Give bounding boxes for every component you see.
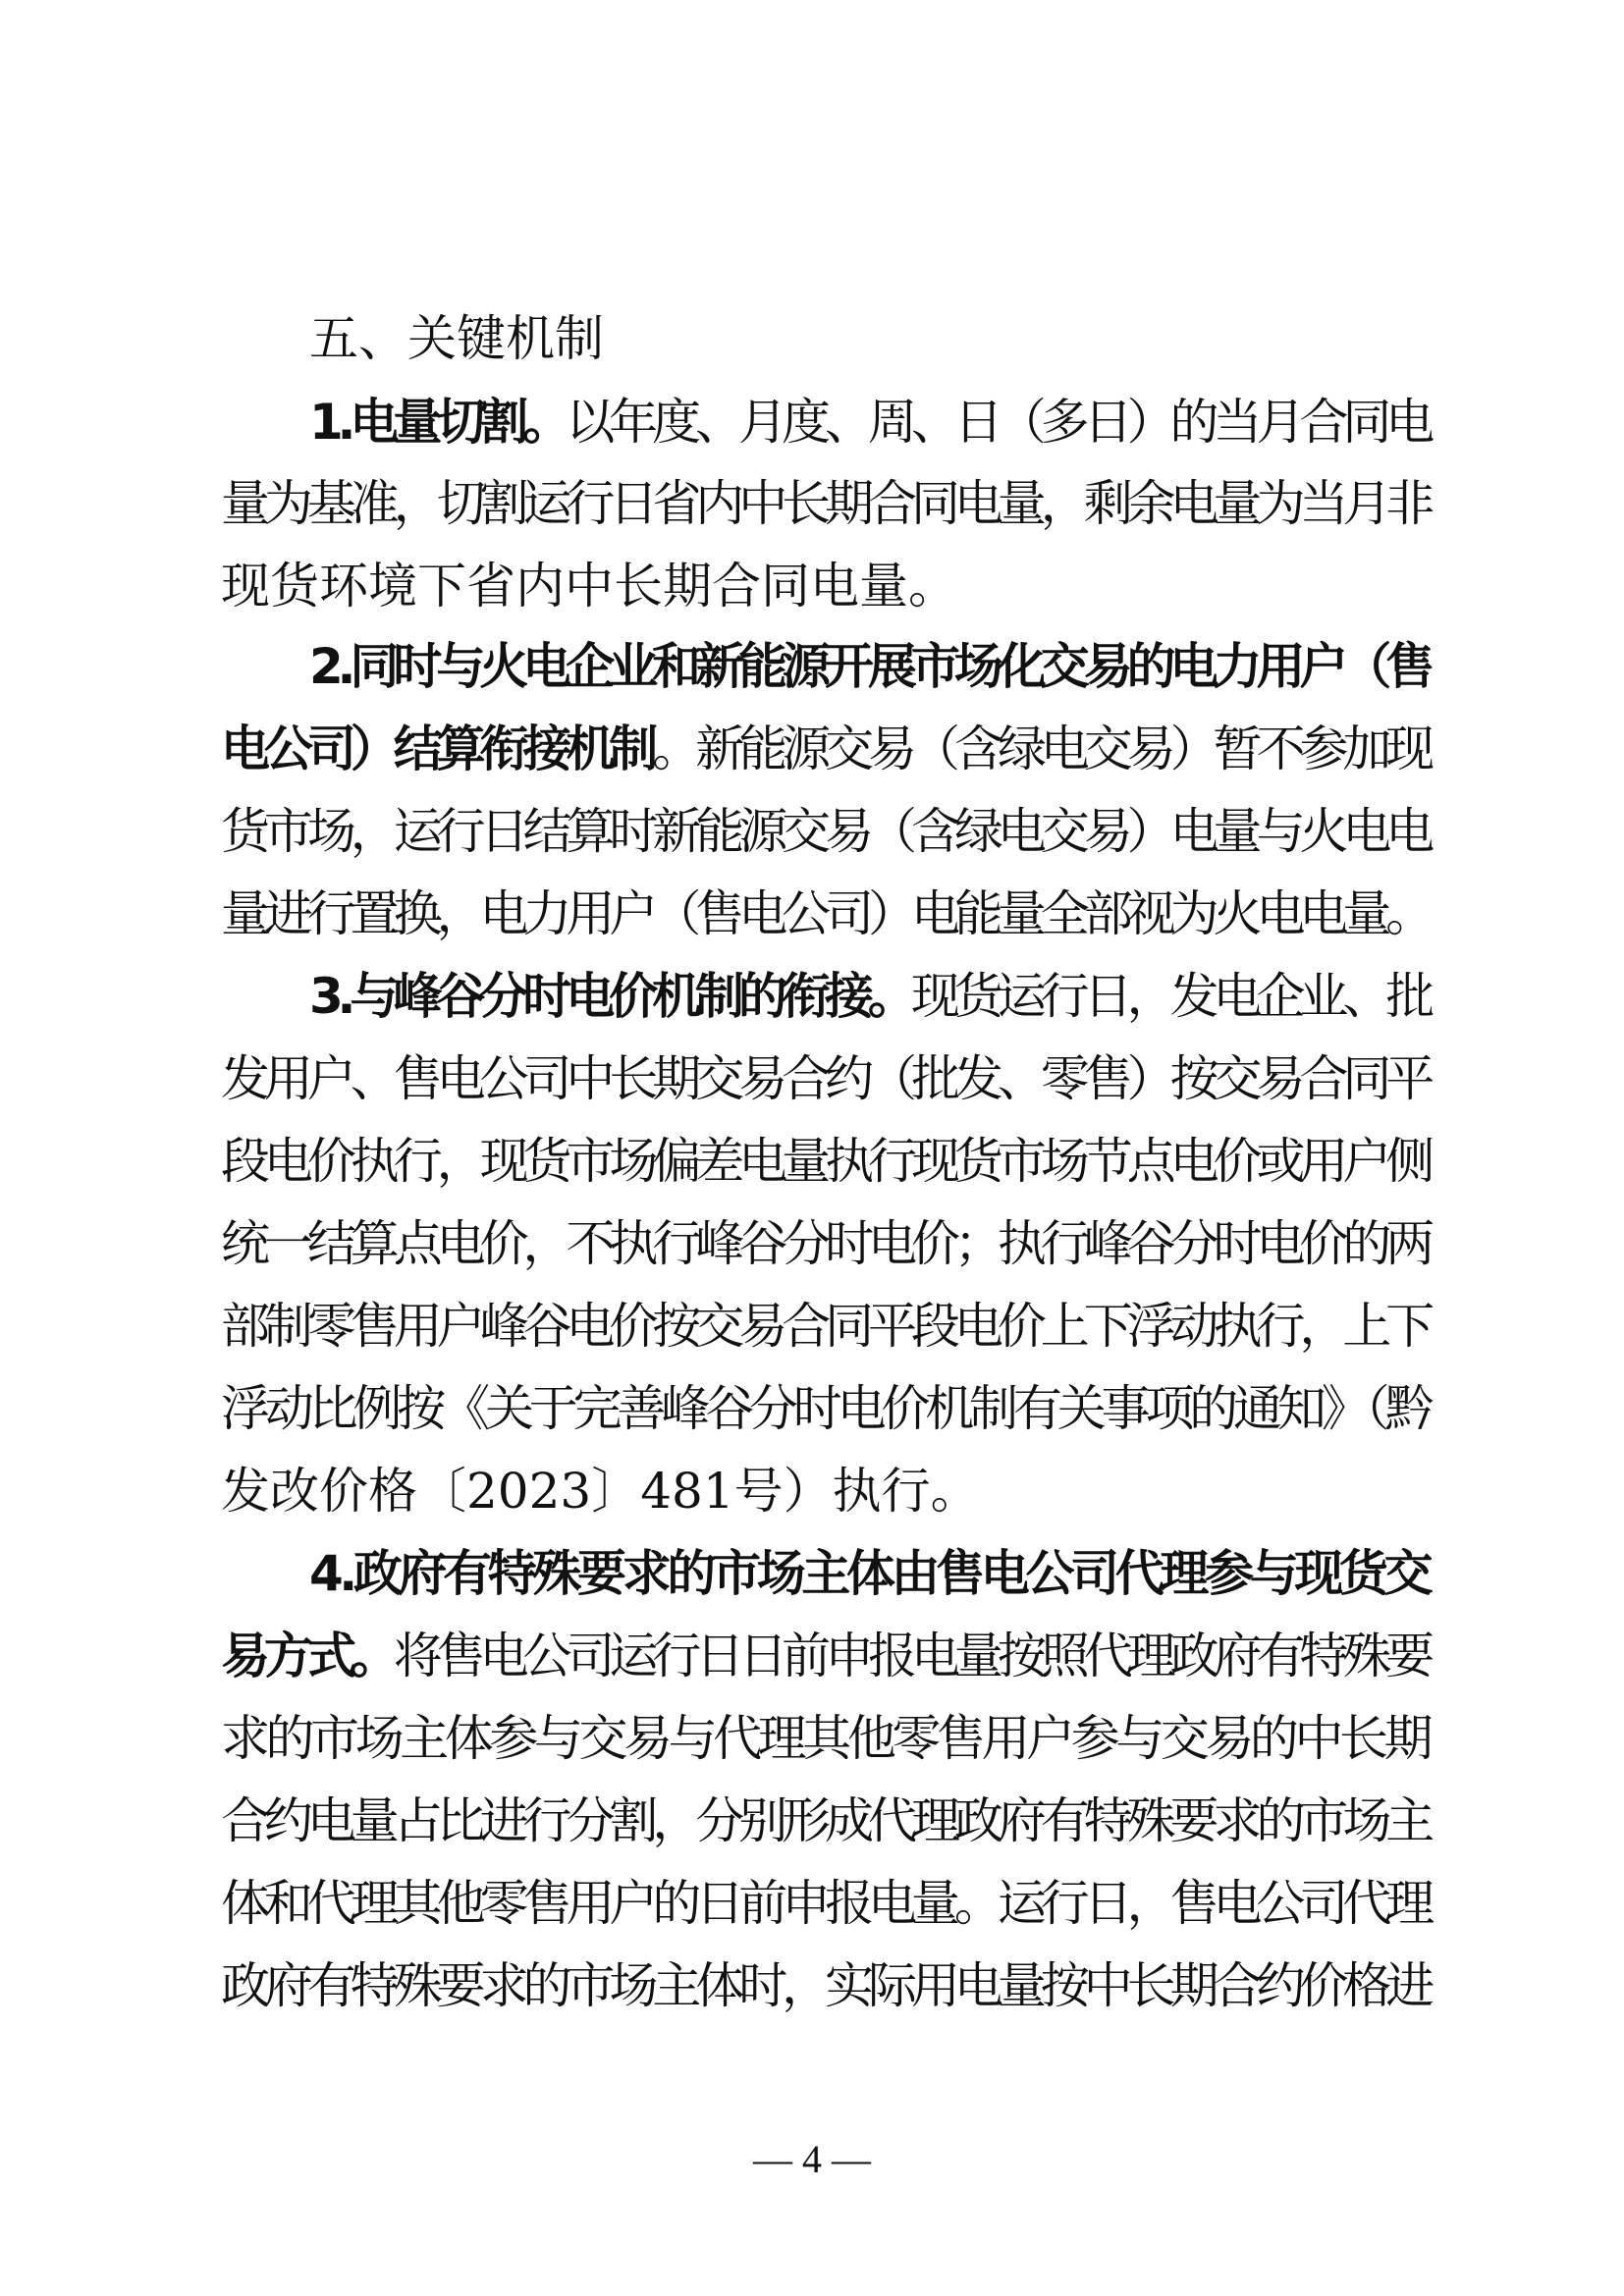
paragraph-4-line-3: 求的市场主体参与交易与代理其他零售用户参与交易的中长期 xyxy=(221,1697,1429,1780)
paragraph-4-line-2: 易方式。将售电公司运行日日前申报电量按照代理政府有特殊要 xyxy=(221,1615,1429,1697)
paragraph-3-text: 现货运行日，发电企业、批 xyxy=(911,968,1429,1025)
paragraph-4-title-part-1: 4.政府有特殊要求的市场主体由售电公司代理参与现货交 xyxy=(309,1545,1429,1602)
paragraph-4-line-6: 政府有特殊要求的市场主体时，实际用电量按中长期合约价格进 xyxy=(221,1945,1429,2027)
paragraph-3-line-7: 发改价格〔2023〕481号）执行。 xyxy=(221,1450,1429,1532)
paragraph-3-line-3: 段电价执行，现货市场偏差电量执行现货市场节点电价或用户侧 xyxy=(221,1120,1429,1202)
page-number: — 4 — xyxy=(0,2132,1624,2187)
paragraph-2-title-part-1: 2.同时与火电企业和新能源开展市场化交易的电力用户（售 xyxy=(309,638,1429,695)
paragraph-3-title: 3.与峰谷分时电价机制的衔接。 xyxy=(309,968,911,1025)
paragraph-4-line-5: 体和代理其他零售用户的日前申报电量。运行日，售电公司代理 xyxy=(221,1862,1429,1945)
paragraph-3-line-2: 发用户、售电公司中长期交易合约（批发、零售）按交易合同平 xyxy=(221,1038,1429,1120)
paragraph-1-title: 1.电量切割。 xyxy=(309,394,566,451)
paragraph-1-line-3: 现货环境下省内中长期合同电量。 xyxy=(221,545,1429,627)
paragraph-4-line-1: 4.政府有特殊要求的市场主体由售电公司代理参与现货交 xyxy=(309,1532,1429,1615)
paragraph-3-line-6: 浮动比例按《关于完善峰谷分时电价机制有关事项的通知》（黔 xyxy=(221,1367,1429,1450)
paragraph-2-line-2: 电公司）结算衔接机制。新能源交易（含绿电交易）暂不参加现 xyxy=(221,708,1429,790)
paragraph-4-text: 将售电公司运行日日前申报电量按照代理政府有特殊要 xyxy=(394,1628,1429,1684)
paragraph-3-line-5: 部制零售用户峰谷电价按交易合同平段电价上下浮动执行，上下 xyxy=(221,1285,1429,1367)
paragraph-4-line-4: 合约电量占比进行分割，分别形成代理政府有特殊要求的市场主 xyxy=(221,1780,1429,1862)
paragraph-1-text: 以年度、月度、周、日（多日）的当月合同电 xyxy=(566,394,1429,451)
paragraph-1-line-1: 1.电量切割。以年度、月度、周、日（多日）的当月合同电 xyxy=(309,381,1429,463)
paragraph-2-title-part-2: 电公司）结算衔接机制 xyxy=(221,721,652,777)
paragraph-3-line-4: 统一结算点电价，不执行峰谷分时电价；执行峰谷分时电价的两 xyxy=(221,1202,1429,1285)
paragraph-2-line-4: 量进行置换，电力用户（售电公司）电能量全部视为火电电量。 xyxy=(221,873,1429,955)
paragraph-3-line-1: 3.与峰谷分时电价机制的衔接。现货运行日，发电企业、批 xyxy=(309,955,1429,1038)
paragraph-2-line-3: 货市场，运行日结算时新能源交易（含绿电交易）电量与火电电 xyxy=(221,790,1429,873)
paragraph-2-text: 。新能源交易（含绿电交易）暂不参加现 xyxy=(652,721,1429,777)
paragraph-4-title-part-2: 易方式。 xyxy=(221,1628,394,1684)
section-heading: 五、关键机制 xyxy=(309,297,1429,380)
paragraph-2-line-1: 2.同时与火电企业和新能源开展市场化交易的电力用户（售 xyxy=(309,625,1429,708)
paragraph-1-line-2: 量为基准，切割运行日省内中长期合同电量，剩余电量为当月非 xyxy=(221,462,1429,545)
